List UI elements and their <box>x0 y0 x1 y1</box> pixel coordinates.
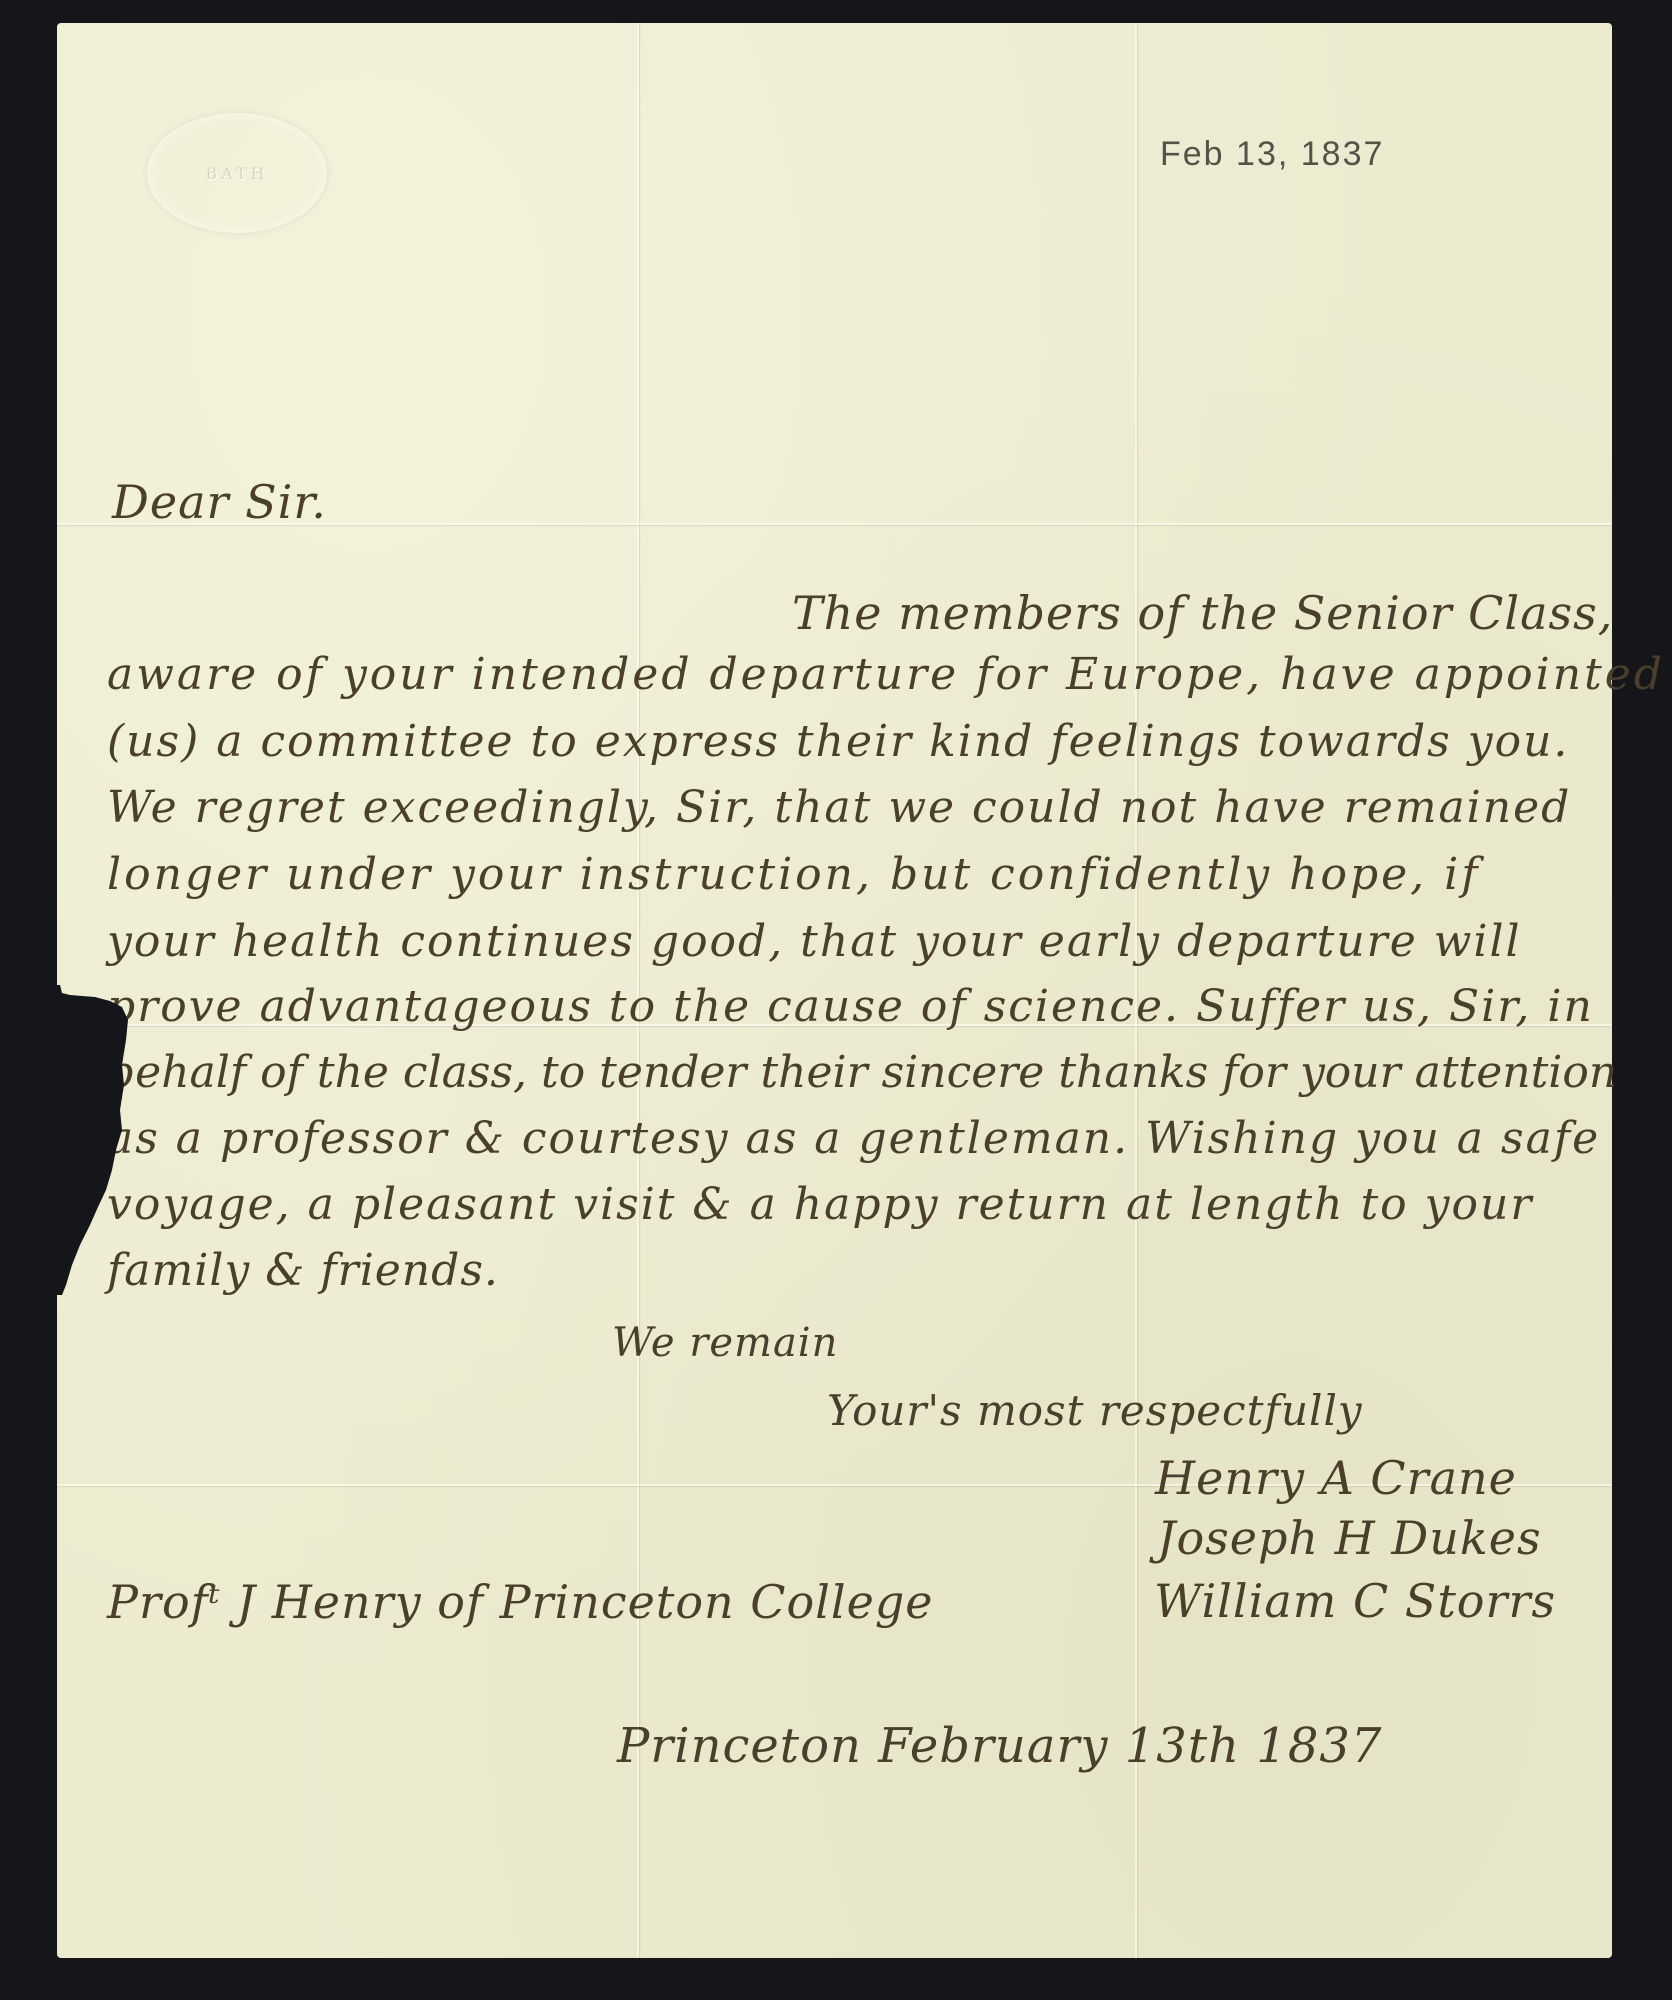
dateline: Princeton February 13th 1837 <box>617 1718 1382 1774</box>
body-line: aware of your intended departure for Eur… <box>107 653 1665 697</box>
torn-edge-shape <box>40 985 150 1295</box>
body-line: family & friends. <box>107 1249 499 1293</box>
archival-date-note: Feb 13, 1837 <box>1160 135 1384 174</box>
salutation: Dear Sir. <box>112 475 327 529</box>
body-line: The members of the Senior Class, <box>792 590 1613 636</box>
body-line: behalf of the class, to tender their sin… <box>107 1051 1617 1095</box>
body-line: prove advantageous to the cause of scien… <box>107 985 1594 1029</box>
document-scan: BATH Feb 13, 1837 Dear Sir. The members … <box>0 0 1672 2000</box>
closing-respectfully: Your's most respectfully <box>827 1386 1363 1435</box>
body-line: longer under your instruction, but confi… <box>107 853 1480 897</box>
signature-william-storrs: William C Storrs <box>1154 1574 1556 1628</box>
signature-joseph-dukes: Joseph H Dukes <box>1157 1511 1542 1565</box>
body-line: (us) a committee to express their kind f… <box>107 720 1569 764</box>
body-line: voyage, a pleasant visit & a happy retur… <box>107 1183 1533 1227</box>
body-line: We regret exceedingly, Sir, that we coul… <box>107 786 1571 830</box>
letter-paper: BATH Feb 13, 1837 Dear Sir. The members … <box>57 23 1612 1958</box>
closing-we-remain: We remain <box>612 1320 838 1366</box>
addressee: Profᵗ J Henry of Princeton College <box>107 1575 934 1629</box>
signature-henry-crane: Henry A Crane <box>1155 1451 1517 1505</box>
embossed-stamp: BATH <box>147 113 327 233</box>
body-line: your health continues good, that your ea… <box>107 920 1522 964</box>
body-line: as a professor & courtesy as a gentleman… <box>107 1117 1600 1161</box>
